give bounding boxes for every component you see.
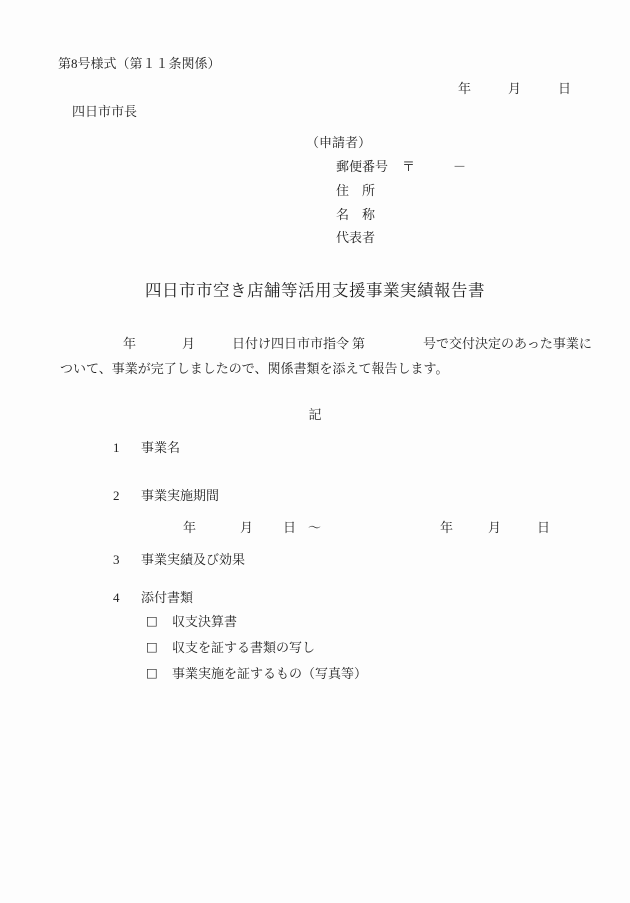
postal-mark-icon: 〒 (402, 160, 415, 173)
period-tilde: 〜 (308, 521, 321, 534)
item-3-number: 3 (113, 553, 120, 566)
period-end-month-label: 月 (488, 521, 501, 534)
name-label: 名 称 (336, 208, 375, 221)
attachment-label: 事業実施を証するもの（写真等） (172, 667, 367, 680)
record-marker: 記 (0, 408, 630, 421)
period-start-month-label: 月 (240, 521, 253, 534)
addressee: 四日市市長 (72, 105, 137, 118)
issue-date-day-label: 日 (558, 82, 571, 95)
report-title: 四日市市空き店舗等活用支援事業実績報告書 (0, 283, 630, 300)
attachment-label: 収支を証する書類の写し (172, 641, 315, 654)
checkbox-icon: □ (146, 667, 158, 680)
period-start-day-label: 日 (283, 521, 296, 534)
issue-date-year-label: 年 (458, 82, 471, 95)
representative-label: 代表者 (336, 231, 375, 244)
form-number: 第8号様式（第１１条関係） (58, 57, 221, 70)
postal-code-label: 郵便番号 (336, 160, 388, 173)
applicant-heading: （申請者） (306, 136, 371, 149)
item-4-label: 添付書類 (141, 591, 193, 604)
item-4-number: 4 (113, 591, 120, 604)
document-page: 第8号様式（第１１条関係） 年 月 日 四日市市長 （申請者） 郵便番号 〒 －… (0, 0, 630, 903)
address-label: 住 所 (336, 184, 375, 197)
body-line2: ついて、事業が完了しましたので、関係書類を添えて報告します。 (60, 362, 448, 375)
item-1-label: 事業名 (141, 441, 180, 454)
item-3-label: 事業実績及び効果 (141, 553, 245, 566)
checkbox-icon: □ (146, 641, 158, 654)
attachment-label: 収支決算書 (172, 615, 237, 628)
item-1-number: 1 (113, 441, 120, 454)
grant-date-year-label: 年 (123, 337, 136, 350)
issue-date-month-label: 月 (508, 82, 521, 95)
item-2-number: 2 (113, 489, 120, 502)
period-end-year-label: 年 (440, 521, 453, 534)
item-2-label: 事業実施期間 (141, 489, 219, 502)
directive-text: 日付け四日市市指令 (232, 337, 349, 350)
postal-separator: － (453, 160, 466, 173)
period-start-year-label: 年 (183, 521, 196, 534)
directive-number-prefix: 第 (352, 337, 365, 350)
grant-date-month-label: 月 (182, 337, 195, 350)
after-number-text: 号で交付決定のあった事業に (423, 337, 592, 350)
checkbox-icon: □ (146, 615, 158, 628)
period-end-day-label: 日 (537, 521, 550, 534)
